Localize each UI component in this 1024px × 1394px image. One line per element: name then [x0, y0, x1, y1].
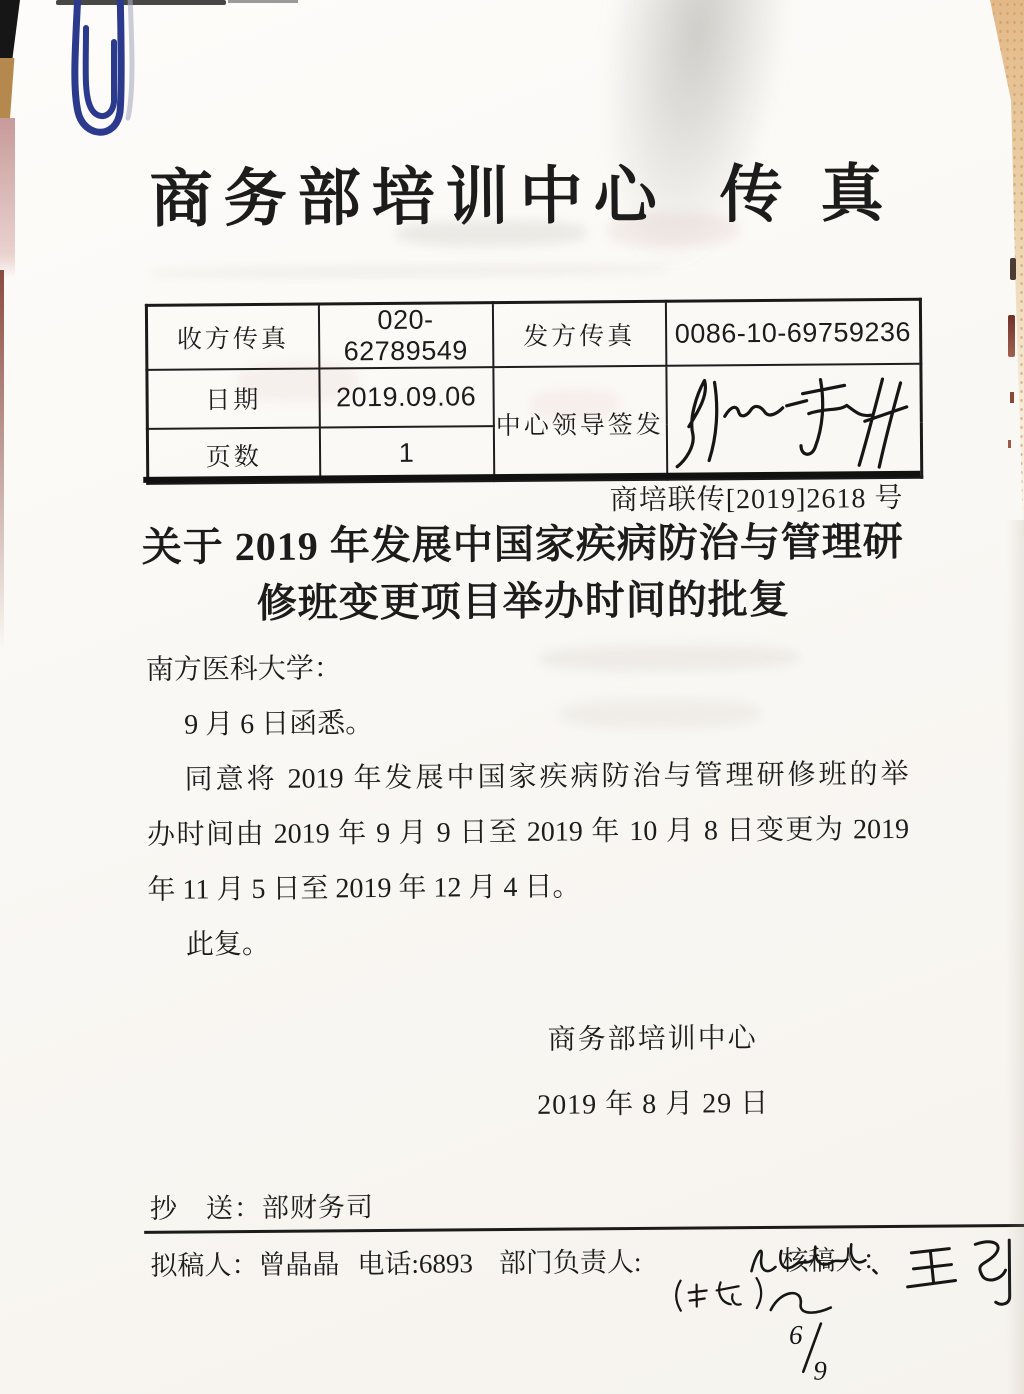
drafter: 拟稿人：曾晶晶	[150, 1249, 339, 1280]
recv-fax-label: 收方传真	[146, 304, 319, 370]
document-content: 商务部培训中心传 真 收方传真 020-62789549 发方传真 0086-1…	[0, 0, 1024, 1394]
hand-date-denominator: 9	[813, 1356, 827, 1386]
date-label: 日期	[147, 369, 319, 429]
body-line: 9 月 6 日函悉。	[146, 692, 908, 753]
top-edge-sliver	[228, 0, 298, 3]
document-title-line1: 关于 2019 年发展中国家疾病防治与管理研	[11, 512, 1024, 577]
closing-line: 此复。	[148, 912, 910, 973]
paperclip-icon	[58, 0, 148, 160]
recv-fax-value: 020-62789549	[318, 303, 493, 369]
document-title-line2: 修班变更项目举办时间的批复	[11, 569, 1024, 634]
letterhead-doc-type: 传 真	[719, 159, 894, 230]
handwritten-initial-and-date: 6 9	[755, 1279, 866, 1385]
drafter-line: 拟稿人：曾晶晶电话:6893部门负责人:	[150, 1240, 641, 1283]
body-line: 年 11 月 5 日至 2019 年 12 月 4 日。	[147, 857, 909, 918]
hand-date-numerator: 6	[789, 1320, 803, 1350]
document-body: 南方医科大学： 9 月 6 日函悉。 同意将 2019 年发展中国家疾病防治与管…	[146, 637, 911, 973]
fax-info-table: 收方传真 020-62789549 发方传真 0086-10-69759236 …	[145, 298, 923, 485]
leader-signature-cell	[666, 364, 922, 479]
edge-mark	[1008, 315, 1015, 357]
signoff-org: 商务部培训中心	[403, 1015, 903, 1059]
edge-mark	[1010, 258, 1016, 280]
photo-edge-pink	[0, 118, 15, 278]
salutation: 南方医科大学：	[146, 637, 908, 698]
signoff-block: 商务部培训中心 2019 年 8 月 29 日	[403, 1015, 904, 1124]
photo-edge-line	[0, 270, 4, 650]
scanned-fax-document: 商务部培训中心传 真 收方传真 020-62789549 发方传真 0086-1…	[0, 0, 1024, 1394]
bleed-through-smudge	[149, 265, 669, 278]
document-title: 关于 2019 年发展中国家疾病防治与管理研 修班变更项目举办时间的批复	[0, 512, 1024, 634]
dept-head-label: 部门负责人:	[499, 1247, 642, 1278]
body-line: 同意将 2019 年发展中国家疾病防治与管理研修班的举	[146, 747, 908, 808]
handwritten-annotation	[671, 1274, 767, 1317]
footer-rule	[144, 1224, 1024, 1234]
letterhead-org: 商务部培训中心	[149, 161, 668, 235]
send-fax-label: 发方传真	[492, 301, 666, 367]
body-line: 办时间由 2019 年 9 月 9 日至 2019 年 10 月 8 日变更为 …	[147, 802, 909, 863]
edge-mark	[1010, 392, 1014, 403]
send-fax-value: 0086-10-69759236	[665, 299, 920, 366]
reviewer-signature	[897, 1232, 1023, 1311]
phone: 电话:6893	[357, 1248, 473, 1279]
leader-sign-label: 中心领导签发	[493, 366, 667, 481]
reference-number: 商培联传[2019]2618 号	[610, 476, 904, 518]
signoff-date: 2019 年 8 月 29 日	[403, 1080, 903, 1124]
cc-line: 抄 送：部财务司	[150, 1185, 374, 1226]
letterhead: 商务部培训中心传 真	[0, 142, 1024, 241]
leader-signature	[668, 365, 919, 473]
paper-edge-shade	[1006, 520, 1024, 1394]
date-value: 2019.09.06	[319, 367, 493, 427]
edge-mark	[1008, 440, 1011, 448]
